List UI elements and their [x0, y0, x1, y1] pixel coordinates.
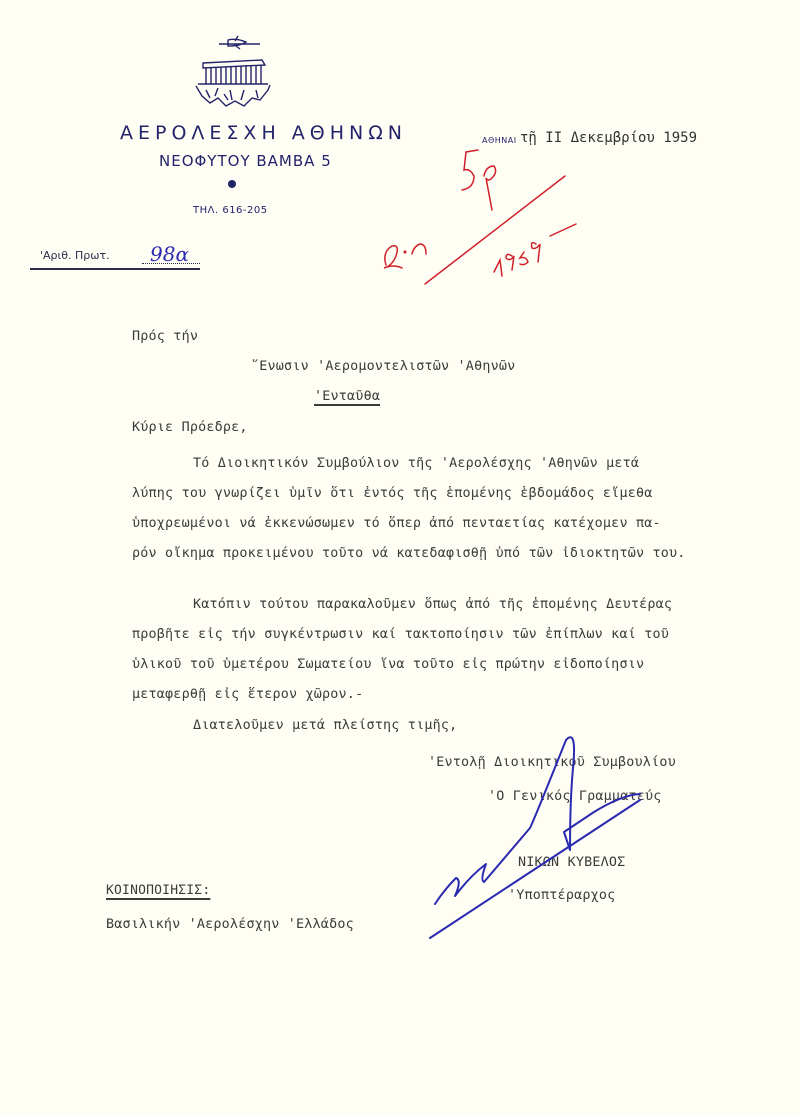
organization-telephone: ΤΗΛ. 616-205	[193, 205, 268, 216]
recipient-name: ῞Ενωσιν 'Αερομοντελιστῶν 'Αθηνῶν	[251, 359, 515, 374]
body-line: λύπης του γνωρίζει ὑμῖν ὅτι ἐντός τῆς ἑπ…	[132, 486, 653, 501]
place-label: ΑΘΗΝΑΙ	[482, 136, 517, 145]
signatory-rank: 'Υποπτέραρχος	[508, 888, 615, 903]
body-line: ρόν οἴκημα προκειμένου τοῦτο νά κατεδαφι…	[132, 546, 686, 561]
salutation-intro: Πρός τήν	[132, 329, 198, 344]
organization-address: ΝΕΟΦΥΤΟΥ ΒΑΜΒΑ 5	[159, 152, 332, 170]
signatory-name: ΝΙΚΩΝ ΚΥΒΕΛΟΣ	[518, 855, 625, 870]
body-line: μεταφερθῇ εἰς ἕτερον χῶρον.-	[132, 687, 363, 702]
body-line: ὑλικοῦ τοῦ ὑμετέρου Σωματείου ἵνα τοῦτο …	[132, 657, 644, 672]
cc-recipient: Βασιλικήν 'Αερολέσχην 'Ελλάδος	[106, 917, 354, 932]
body-line: προβῆτε εἰς τήν συγκέντρωσιν καί τακτοπο…	[132, 627, 669, 642]
protocol-label: 'Αριθ. Πρωτ.	[40, 249, 110, 262]
body-line: Κατόπιν τούτου παρακαλοῦμεν ὅπως ἀπό τῆς…	[193, 597, 672, 612]
protocol-number: 98α	[150, 242, 189, 266]
closing-line: Διατελοῦμεν μετά πλείστης τιμῆς,	[193, 718, 457, 733]
protocol-number-field: 'Αριθ. Πρωτ. 98α	[30, 244, 200, 270]
letter-page: ΑΕΡΟΛΕΣΧΗ ΑΘΗΝΩΝ ΝΕΟΦΥΤΟΥ ΒΑΜΒΑ 5 ΤΗΛ. 6…	[0, 0, 800, 1114]
organization-name: ΑΕΡΟΛΕΣΧΗ ΑΘΗΝΩΝ	[120, 122, 407, 144]
decorative-dot	[228, 180, 236, 188]
greeting: Κύριε Πρόεδρε,	[132, 420, 248, 435]
signature-title: 'Ο Γενικός Γραμματεύς	[488, 789, 662, 804]
body-line: Τό Διοικητικόν Συμβούλιον τῆς 'Αερολέσχη…	[193, 456, 639, 471]
signature-authority: 'Εντολῇ Διοικητικοῦ Συμβουλίου	[428, 755, 676, 770]
letter-date: τῇ ΙΙ Δεκεμβρίου 1959	[520, 130, 697, 146]
body-line: ὑποχρεωμένοι νά ἐκκενώσωμεν τό ὅπερ ἀπό …	[132, 516, 661, 531]
cc-label: ΚΟΙΝΟΠΟΙΗΣΙΣ:	[106, 883, 210, 898]
recipient-location: 'Ενταῦθα	[314, 389, 380, 404]
